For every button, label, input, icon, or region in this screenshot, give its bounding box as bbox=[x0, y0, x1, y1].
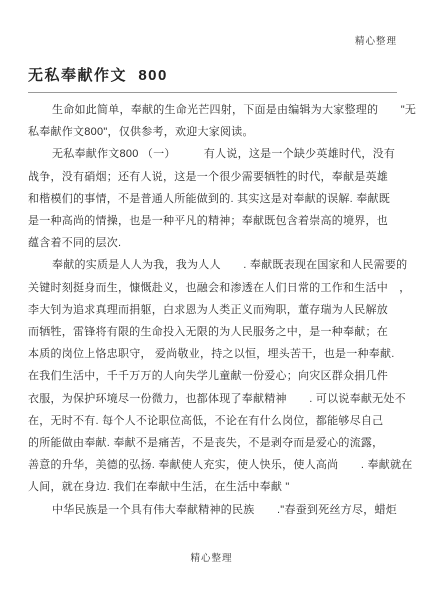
paragraph: 奉献的实质是人人为我，我为人人 . 奉献既表现在国家和人民需要的关键时刻挺身而生… bbox=[28, 254, 401, 498]
text-line: 衣服，为保护环境尽一份微力，也都体现了奉献精神 . 可以说奉献无处不 bbox=[28, 388, 401, 410]
text-line: 在我们生活中，千千万万的人向失学儿童献一份爱心；向灾区群众捐几件 bbox=[28, 365, 401, 387]
text-line: 善意的升华，美德的弘扬. 奉献使人充实，使人快乐，使人高尚 . 奉献就在 bbox=[28, 454, 401, 476]
text-line: 私奉献作文800"，仅供参考，欢迎大家阅读。 bbox=[28, 121, 401, 143]
text-line: 李大钊为追求真理而捐躯，白求恩为人类正义而殉职，董存瑞为人民解放 bbox=[28, 299, 401, 321]
text-line: 和楷模们的事情，不是普通人所能做到的. 其实这是对奉献的误解. 奉献既 bbox=[28, 188, 401, 210]
text-line: 的所能做由奉献. 奉献不是痛苦，不是丧失，不是剥夺而是爱心的流露， bbox=[28, 432, 401, 454]
text-line: 而牺牲，雷锋将有限的生命投入无限的为人民服务之中，是一种奉献；在 bbox=[28, 321, 401, 343]
text-line: 本质的岗位上恪忠职守， 爱尚敬业，持之以恒，埋头苦干，也是一种奉献. bbox=[28, 343, 401, 365]
document-body: 生命如此简单，奉献的生命光芒四射，下面是由编辑为大家整理的 "无私奉献作文800… bbox=[28, 99, 401, 521]
text-line: 在，无时不有. 每个人不论职位高低，不论在有什么岗位，都能够尽自己 bbox=[28, 410, 401, 432]
text-line: 战争，没有硝烟；还有人说，这是一个很少需要牺牲的时代，奉献是英雄 bbox=[28, 166, 401, 188]
footer-note: 精心整理 bbox=[0, 550, 423, 564]
document-page: 精心整理 无私奉献作文 800 生命如此简单，奉献的生命光芒四射，下面是由编辑为… bbox=[0, 0, 423, 600]
text-line: 无私奉献作文800 （一） 有人说，这是一个缺少英雄时代，没有 bbox=[28, 143, 401, 165]
text-line: 关键时刻挺身而生，慷慨赴义，也融会和渗透在人们日常的工作和生活中 ， bbox=[28, 277, 401, 299]
text-line: 蕴含着不同的层次. bbox=[28, 232, 401, 254]
text-line: 中华民族是一个具有伟大奉献精神的民族 ."春蚕到死丝方尽，蜡炬 bbox=[28, 499, 401, 521]
text-line: 生命如此简单，奉献的生命光芒四射，下面是由编辑为大家整理的 "无 bbox=[28, 99, 401, 121]
paragraph: 生命如此简单，奉献的生命光芒四射，下面是由编辑为大家整理的 "无私奉献作文800… bbox=[28, 99, 401, 143]
paragraph: 无私奉献作文800 （一） 有人说，这是一个缺少英雄时代，没有战争，没有硝烟；还… bbox=[28, 143, 401, 254]
text-line: 奉献的实质是人人为我，我为人人 . 奉献既表现在国家和人民需要的 bbox=[28, 254, 401, 276]
text-line: 是一种高尚的情操，也是一种平凡的精神；奉献既包含着崇高的境界，也 bbox=[28, 210, 401, 232]
paragraph: 中华民族是一个具有伟大奉献精神的民族 ."春蚕到死丝方尽，蜡炬 bbox=[28, 499, 401, 521]
page-title: 无私奉献作文 800 bbox=[28, 64, 397, 93]
header-note: 精心整理 bbox=[355, 33, 397, 47]
text-line: 人间，就在身边. 我们在奉献中生活，在生活中奉献 " bbox=[28, 476, 401, 498]
